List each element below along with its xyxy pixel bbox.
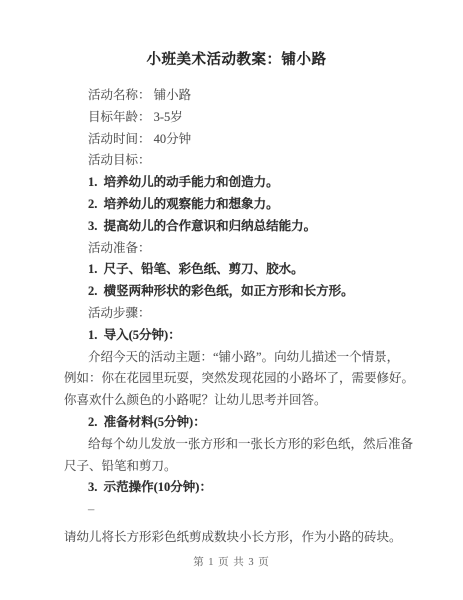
document-line: 介绍今天的活动主题：“铺小路”。向幼儿描述一个情景， <box>0 347 463 369</box>
document-page: 小班美术活动教案：铺小路 活动名称： 铺小路目标年龄： 3-5岁活动时间： 40… <box>0 0 463 600</box>
document-line: 3. 提高幼儿的合作意识和归纳总结能力。 <box>0 216 463 238</box>
document-line: 2. 横竖两种形状的彩色纸，如正方形和长方形。 <box>0 281 463 303</box>
document-line: 活动时间： 40分钟 <box>0 129 463 151</box>
page-number-footer: 第 1 页 共 3 页 <box>0 554 463 569</box>
document-body: 活动名称： 铺小路目标年龄： 3-5岁活动时间： 40分钟活动目标：1. 培养幼… <box>0 85 463 549</box>
document-line: 2. 准备材料(5分钟)： <box>0 412 463 434</box>
document-line: 3. 示范操作(10分钟)： <box>0 477 463 499</box>
document-line: 2. 培养幼儿的观察能力和想象力。 <box>0 194 463 216</box>
document-line: 给每个幼儿发放一张方形和一张长方形的彩色纸，然后准备 <box>0 434 463 456</box>
document-line: 例如：你在花园里玩耍，突然发现花园的小路坏了，需要修好。 <box>0 368 463 390</box>
document-line: 活动名称： 铺小路 <box>0 85 463 107</box>
dash-placeholder-line: – <box>0 499 463 521</box>
document-line: 目标年龄： 3-5岁 <box>0 107 463 129</box>
document-line: 活动步骤： <box>0 303 463 325</box>
document-line: 1. 尺子、铅笔、彩色纸、剪刀、胶水。 <box>0 259 463 281</box>
document-line: 1. 导入(5分钟)： <box>0 325 463 347</box>
document-line: 请幼儿将长方形彩色纸剪成数块小长方形，作为小路的砖块。 <box>0 527 463 549</box>
document-title: 小班美术活动教案：铺小路 <box>0 50 463 70</box>
document-line: 1. 培养幼儿的动手能力和创造力。 <box>0 172 463 194</box>
document-line: 活动目标： <box>0 150 463 172</box>
document-line: 活动准备： <box>0 238 463 260</box>
document-line: 你喜欢什么颜色的小路呢？让幼儿思考并回答。 <box>0 390 463 412</box>
document-line: 尺子、铅笔和剪刀。 <box>0 456 463 478</box>
